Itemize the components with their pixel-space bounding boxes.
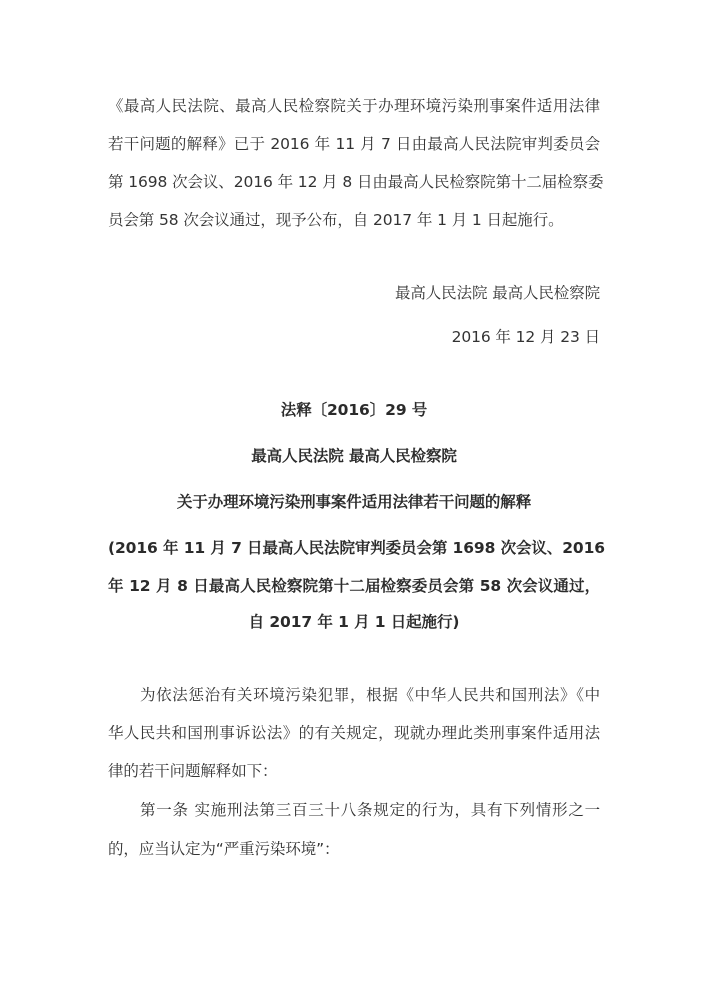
article-1-line-1: 第一条 实施刑法第三百三十八条规定的行为，具有下列情形之一 <box>108 800 600 820</box>
preamble-line-1: 《最高人民法院、最高人民检察院关于办理环境污染刑事案件适用法律 <box>108 96 600 116</box>
intro-line-2: 华人民共和国刑事诉讼法》的有关规定，现就办理此类刑事案件适用法 <box>108 723 600 743</box>
intro-line-3: 律的若干问题解释如下： <box>108 761 600 781</box>
preamble-line-4: 员会第 58 次会议通过，现予公布，自 2017 年 1 月 1 日起施行。 <box>108 210 600 230</box>
preamble-line-3: 第 1698 次会议、2016 年 12 月 8 日由最高人民检察院第十二届检察… <box>108 172 600 192</box>
preamble-line-2: 若干问题的解释》已于 2016 年 11 月 7 日由最高人民法院审判委员会 <box>108 134 600 154</box>
intro-line-1: 为依法惩治有关环境污染犯罪，根据《中华人民共和国刑法》《中 <box>108 685 600 705</box>
adoption-note-line-3: 自 2017 年 1 月 1 日起施行) <box>108 612 600 632</box>
document-title: 关于办理环境污染刑事案件适用法律若干问题的解释 <box>108 492 600 512</box>
adoption-note-line-1: (2016 年 11 月 7 日最高人民法院审判委员会第 1698 次会议、20… <box>108 538 600 558</box>
promulgation-date: 2016 年 12 月 23 日 <box>108 327 600 347</box>
article-1-line-2: 的，应当认定为“严重污染环境”： <box>108 839 600 859</box>
issuers: 最高人民法院 最高人民检察院 <box>108 446 600 466</box>
adoption-note-line-2: 年 12 月 8 日最高人民检察院第十二届检察委员会第 58 次会议通过， <box>108 576 600 596</box>
doc-number: 法释〔2016〕29 号 <box>108 400 600 420</box>
signatory: 最高人民法院 最高人民检察院 <box>108 283 600 303</box>
